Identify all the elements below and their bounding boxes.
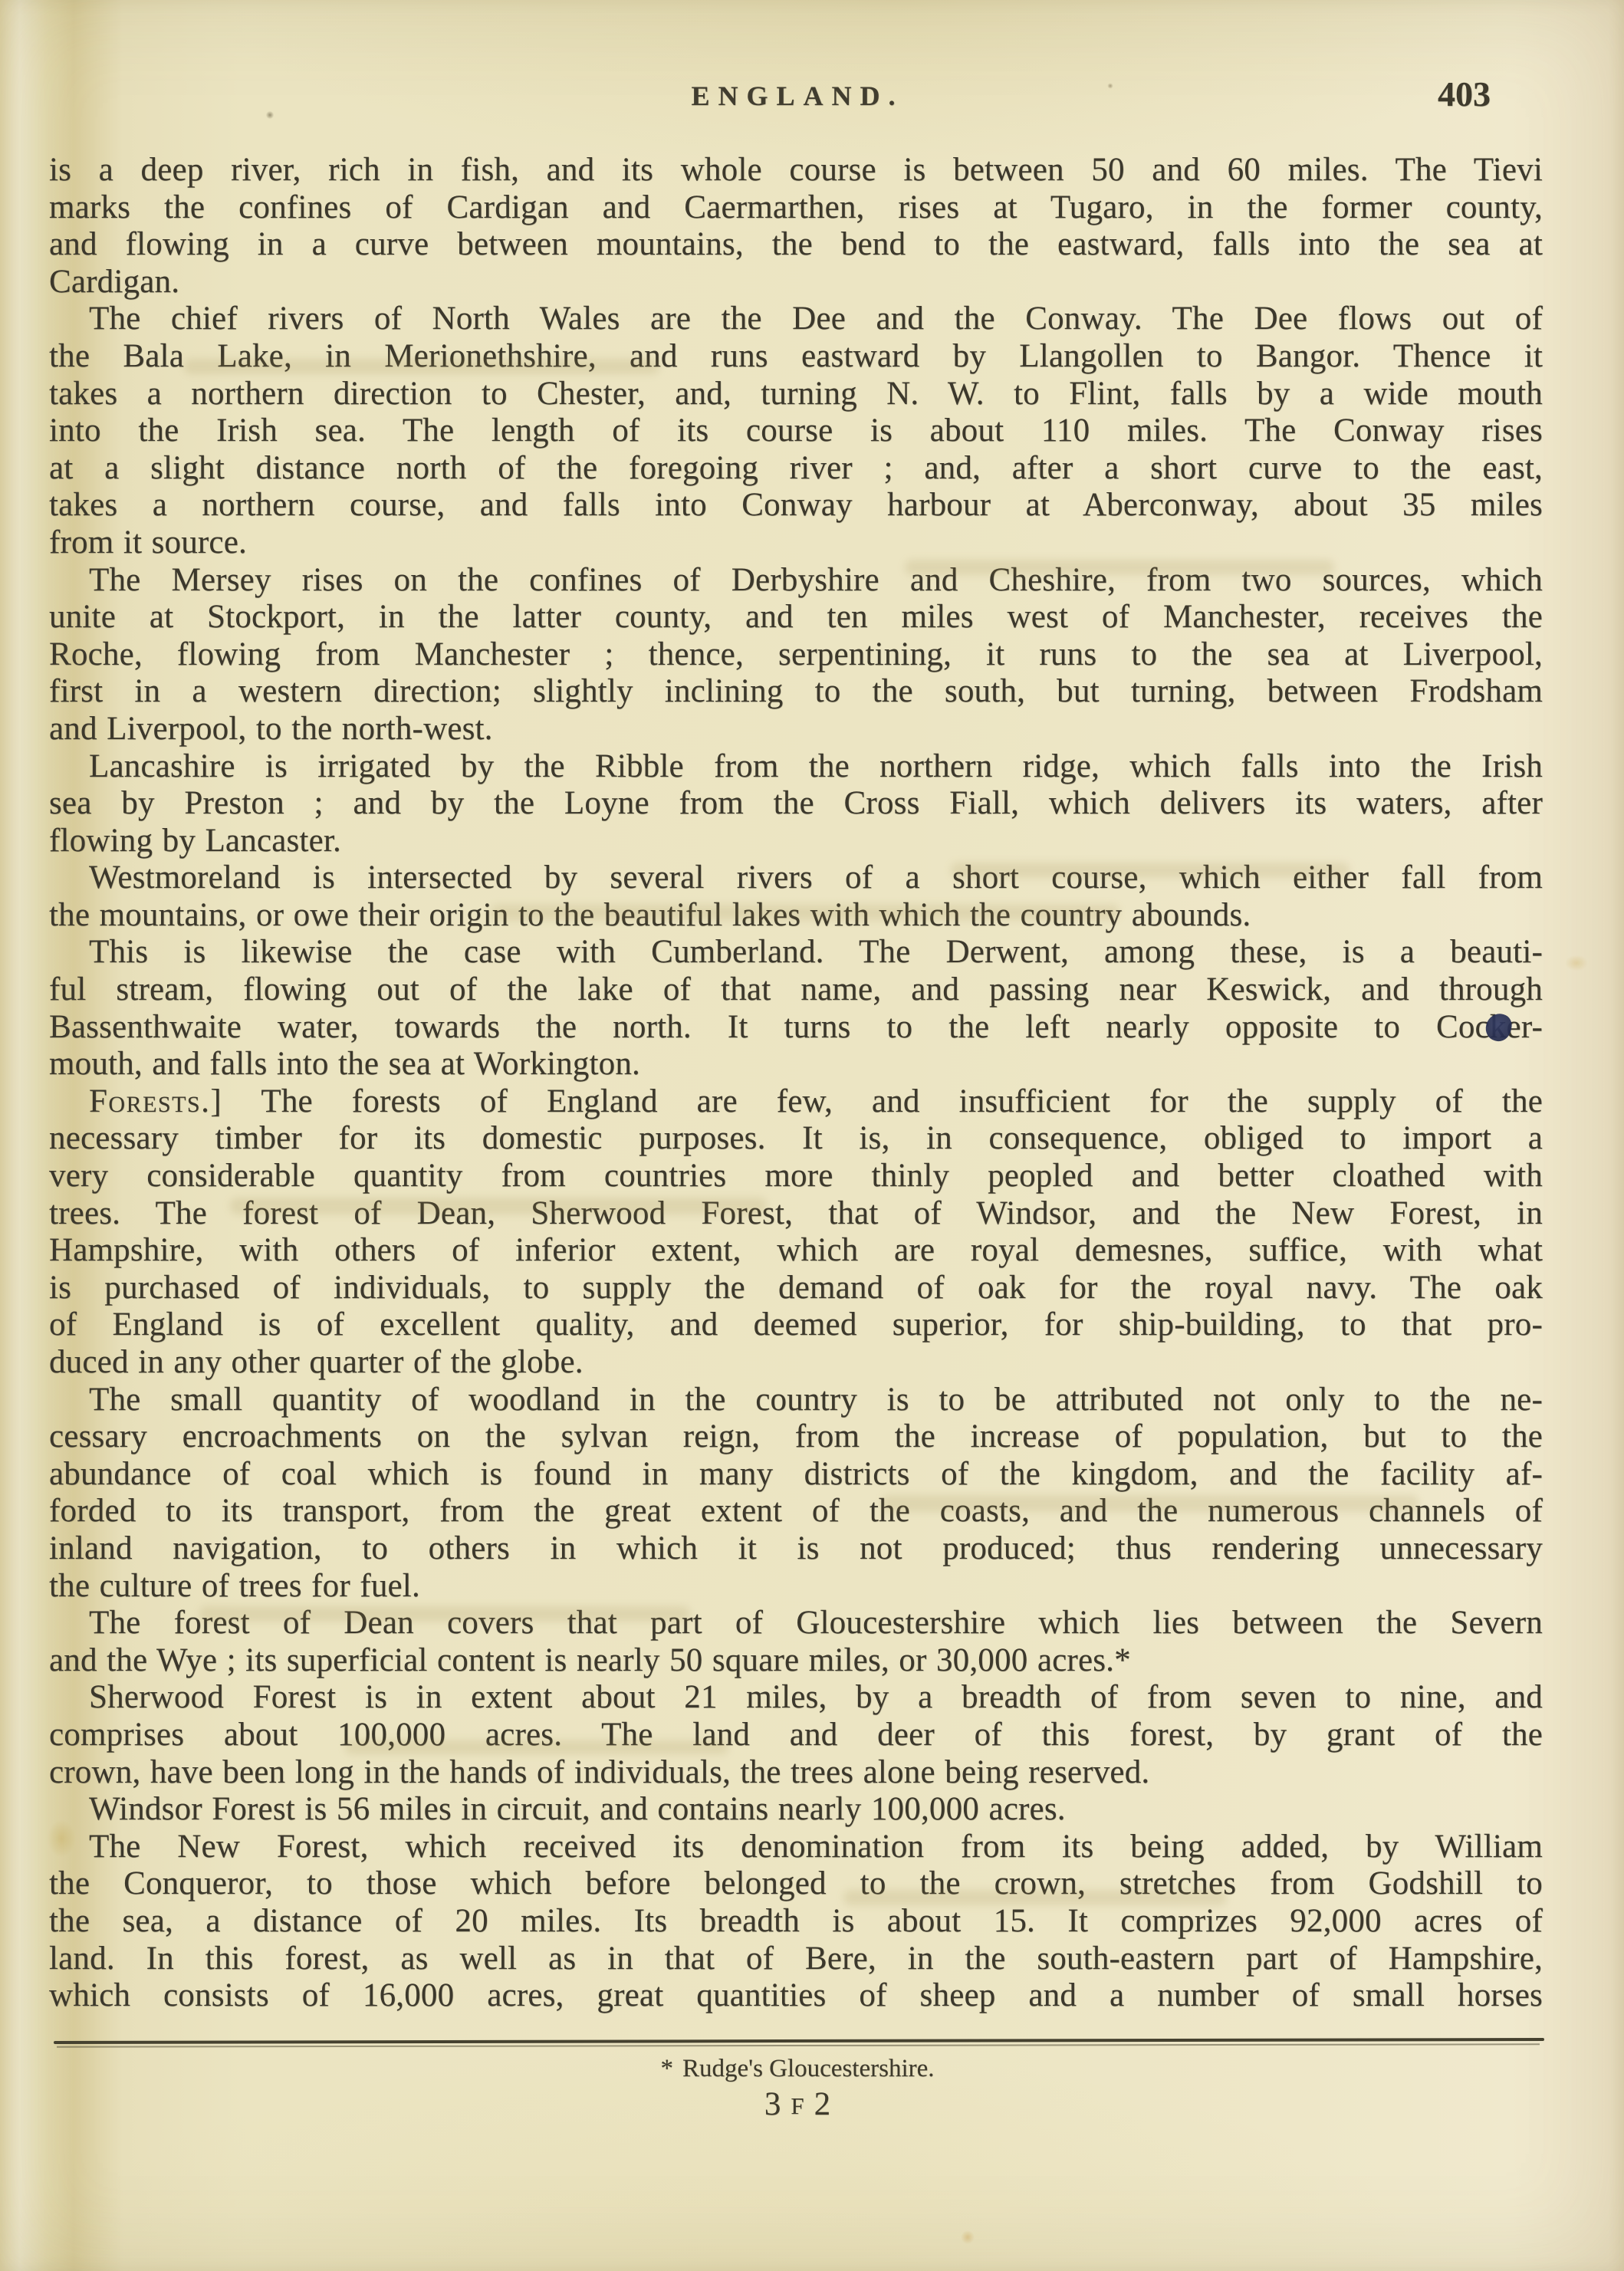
text-column: is a deep river, rich in fish, and its w… bbox=[49, 152, 1543, 2015]
text-line: The forest of Dean covers that part of G… bbox=[49, 1605, 1543, 1642]
text-line: is a deep river, rich in fish, and its w… bbox=[49, 152, 1543, 189]
text-line: Cardigan. bbox=[49, 264, 1543, 301]
text-line: is purchased of individuals, to supply t… bbox=[49, 1270, 1543, 1307]
text-line: and flowing in a curve between mountains… bbox=[49, 226, 1543, 264]
signature-mark: 3F2 bbox=[0, 2085, 1595, 2123]
signature-part: 3 bbox=[764, 2086, 781, 2122]
paragraph: The chief rivers of North Wales are the … bbox=[49, 301, 1543, 561]
text-line: Sherwood Forest is in extent about 21 mi… bbox=[49, 1679, 1543, 1717]
text-line: into the Irish sea. The length of its co… bbox=[49, 412, 1543, 450]
text-line: and the Wye ; its superficial content is… bbox=[49, 1642, 1543, 1680]
signature-part: 2 bbox=[814, 2086, 831, 2122]
text-line: necessary timber for its domestic purpos… bbox=[49, 1120, 1543, 1158]
text-line: the Bala Lake, in Merionethshire, and ru… bbox=[49, 338, 1543, 376]
text-line: trees. The forest of Dean, Sherwood Fore… bbox=[49, 1195, 1543, 1233]
text-line: Windsor Forest is 56 miles in circuit, a… bbox=[49, 1791, 1543, 1829]
text-line: This is likewise the case with Cumberlan… bbox=[49, 934, 1543, 971]
text-line: takes a northern course, and falls into … bbox=[49, 487, 1543, 524]
text-line: Bassenthwaite water, towards the north. … bbox=[49, 1009, 1543, 1047]
text-line: Hampshire, with others of inferior exten… bbox=[49, 1232, 1543, 1270]
paragraph: The small quantity of woodland in the co… bbox=[49, 1382, 1543, 1605]
text-line: The New Forest, which received its denom… bbox=[49, 1829, 1543, 1866]
text-line: which consists of 16,000 acres, great qu… bbox=[49, 1977, 1543, 2015]
text-line: marks the confines of Cardigan and Caerm… bbox=[49, 189, 1543, 227]
text-line: at a slight distance north of the forego… bbox=[49, 450, 1543, 488]
section-heading-lead: Forests.] bbox=[89, 1083, 222, 1119]
text-line: Roche, flowing from Manchester ; thence,… bbox=[49, 636, 1543, 674]
page-header: ENGLAND. bbox=[0, 80, 1595, 112]
paragraph: Westmoreland is intersected by several r… bbox=[49, 859, 1543, 934]
page-number: 403 bbox=[1438, 74, 1491, 114]
signature-part: F bbox=[791, 2092, 804, 2119]
text-line: comprises about 100,000 acres. The land … bbox=[49, 1717, 1543, 1754]
text-line: inland navigation, to others in which it… bbox=[49, 1530, 1543, 1568]
text-line: sea by Preston ; and by the Loyne from t… bbox=[49, 785, 1543, 823]
text-line: very considerable quantity from countrie… bbox=[49, 1158, 1543, 1195]
footnote-marker: * bbox=[660, 2055, 673, 2082]
text-line: Westmoreland is intersected by several r… bbox=[49, 859, 1543, 897]
text-line: the mountains, or owe their origin to th… bbox=[49, 897, 1543, 935]
footnote-rule-echo bbox=[57, 2043, 1540, 2047]
text-line: mouth, and falls into the sea at Working… bbox=[49, 1046, 1543, 1083]
paragraph: The New Forest, which received its denom… bbox=[49, 1829, 1543, 2015]
text-line: The chief rivers of North Wales are the … bbox=[49, 301, 1543, 338]
paragraph: This is likewise the case with Cumberlan… bbox=[49, 934, 1543, 1083]
paragraph: is a deep river, rich in fish, and its w… bbox=[49, 152, 1543, 301]
text-line: The small quantity of woodland in the co… bbox=[49, 1382, 1543, 1419]
running-title: ENGLAND. bbox=[691, 81, 903, 111]
book-page: ENGLAND. 403 is a deep river, rich in fi… bbox=[0, 0, 1624, 2271]
text-line: the sea, a distance of 20 miles. Its bre… bbox=[49, 1903, 1543, 1941]
text-line: abundance of coal which is found in many… bbox=[49, 1456, 1543, 1494]
footnote-rule bbox=[54, 2038, 1544, 2044]
paragraph: Sherwood Forest is in extent about 21 mi… bbox=[49, 1679, 1543, 1791]
text-line: Forests.] The forests of England are few… bbox=[49, 1083, 1543, 1121]
text-line: ful stream, flowing out of the lake of t… bbox=[49, 971, 1543, 1009]
paragraph: The Mersey rises on the confines of Derb… bbox=[49, 562, 1543, 748]
footnote: *Rudge's Gloucestershire. bbox=[0, 2055, 1595, 2083]
footnote-text: Rudge's Gloucestershire. bbox=[682, 2055, 935, 2082]
text-line: duced in any other quarter of the globe. bbox=[49, 1344, 1543, 1382]
text-line: land. In this forest, as well as in that… bbox=[49, 1941, 1543, 1978]
paragraph: Lancashire is irrigated by the Ribble fr… bbox=[49, 748, 1543, 860]
text-line: unite at Stockport, in the latter county… bbox=[49, 599, 1543, 636]
text-line: the Conqueror, to those which before bel… bbox=[49, 1865, 1543, 1903]
text-line: Lancashire is irrigated by the Ribble fr… bbox=[49, 748, 1543, 786]
text-line: flowing by Lancaster. bbox=[49, 823, 1543, 860]
text-line: and Liverpool, to the north-west. bbox=[49, 711, 1543, 748]
text-line: The Mersey rises on the confines of Derb… bbox=[49, 562, 1543, 600]
text-line: forded to its transport, from the great … bbox=[49, 1493, 1543, 1530]
paragraph: The forest of Dean covers that part of G… bbox=[49, 1605, 1543, 1679]
text-line: crown, have been long in the hands of in… bbox=[49, 1754, 1543, 1792]
text-line: first in a western direction; slightly i… bbox=[49, 673, 1543, 711]
text-line: the culture of trees for fuel. bbox=[49, 1568, 1543, 1605]
text-line: cessary encroachments on the sylvan reig… bbox=[49, 1418, 1543, 1456]
paragraph: Windsor Forest is 56 miles in circuit, a… bbox=[49, 1791, 1543, 1829]
paragraph: Forests.] The forests of England are few… bbox=[49, 1083, 1543, 1382]
text-line: of England is of excellent quality, and … bbox=[49, 1306, 1543, 1344]
text-line: takes a northern direction to Chester, a… bbox=[49, 376, 1543, 413]
text-line: from it source. bbox=[49, 524, 1543, 562]
